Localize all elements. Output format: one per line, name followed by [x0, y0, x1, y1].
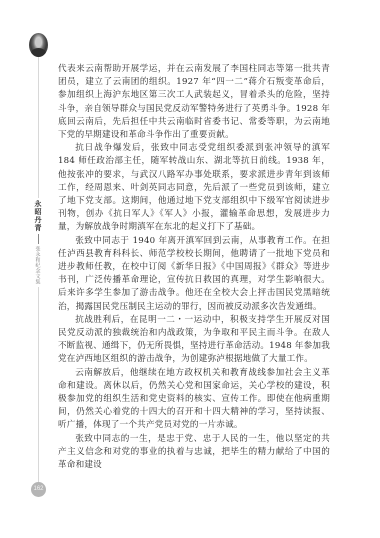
- paragraph: 代表来云南帮助开展学运，并在云南发展了李国柱同志等第一批共青团员，建立了云南团的…: [58, 63, 330, 142]
- title-divider: [38, 234, 39, 244]
- paragraph: 抗日战争爆发后，张致中同志受党组织委派到张冲领导的滇军 184 师任政治部主任，…: [58, 142, 330, 234]
- book-title: 永昭丹青: [33, 200, 43, 232]
- paragraph: 张致中同志的一生，是忠于党、忠于人民的一生，他以坚定的共产主义信念和对党的事业的…: [58, 433, 330, 473]
- portrait-body: [31, 48, 46, 57]
- portrait-photo: [29, 33, 48, 57]
- portrait-face: [35, 38, 42, 47]
- book-subtitle: 张永和纪念文集: [35, 246, 42, 285]
- page-number: 162: [31, 482, 46, 497]
- paragraph: 张致中同志于 1940 年离开滇军回到云南，从事教育工作。在担任泸西县教育科科长…: [58, 235, 330, 314]
- body-text: 代表来云南帮助开展学运，并在云南发展了李国柱同志等第一批共青团员，建立了云南团的…: [58, 63, 330, 472]
- paragraph: 抗战胜利后，在昆明一二・一运动中，积极支持学生开展反对国民党反动派的独裁统治和内…: [58, 314, 330, 367]
- paragraph: 云南解放后，他继续在地方政权机关和教育战线参加社会主义革命和建设。离休以后，仍然…: [58, 367, 330, 433]
- running-title: 永昭丹青 张永和纪念文集: [31, 198, 45, 287]
